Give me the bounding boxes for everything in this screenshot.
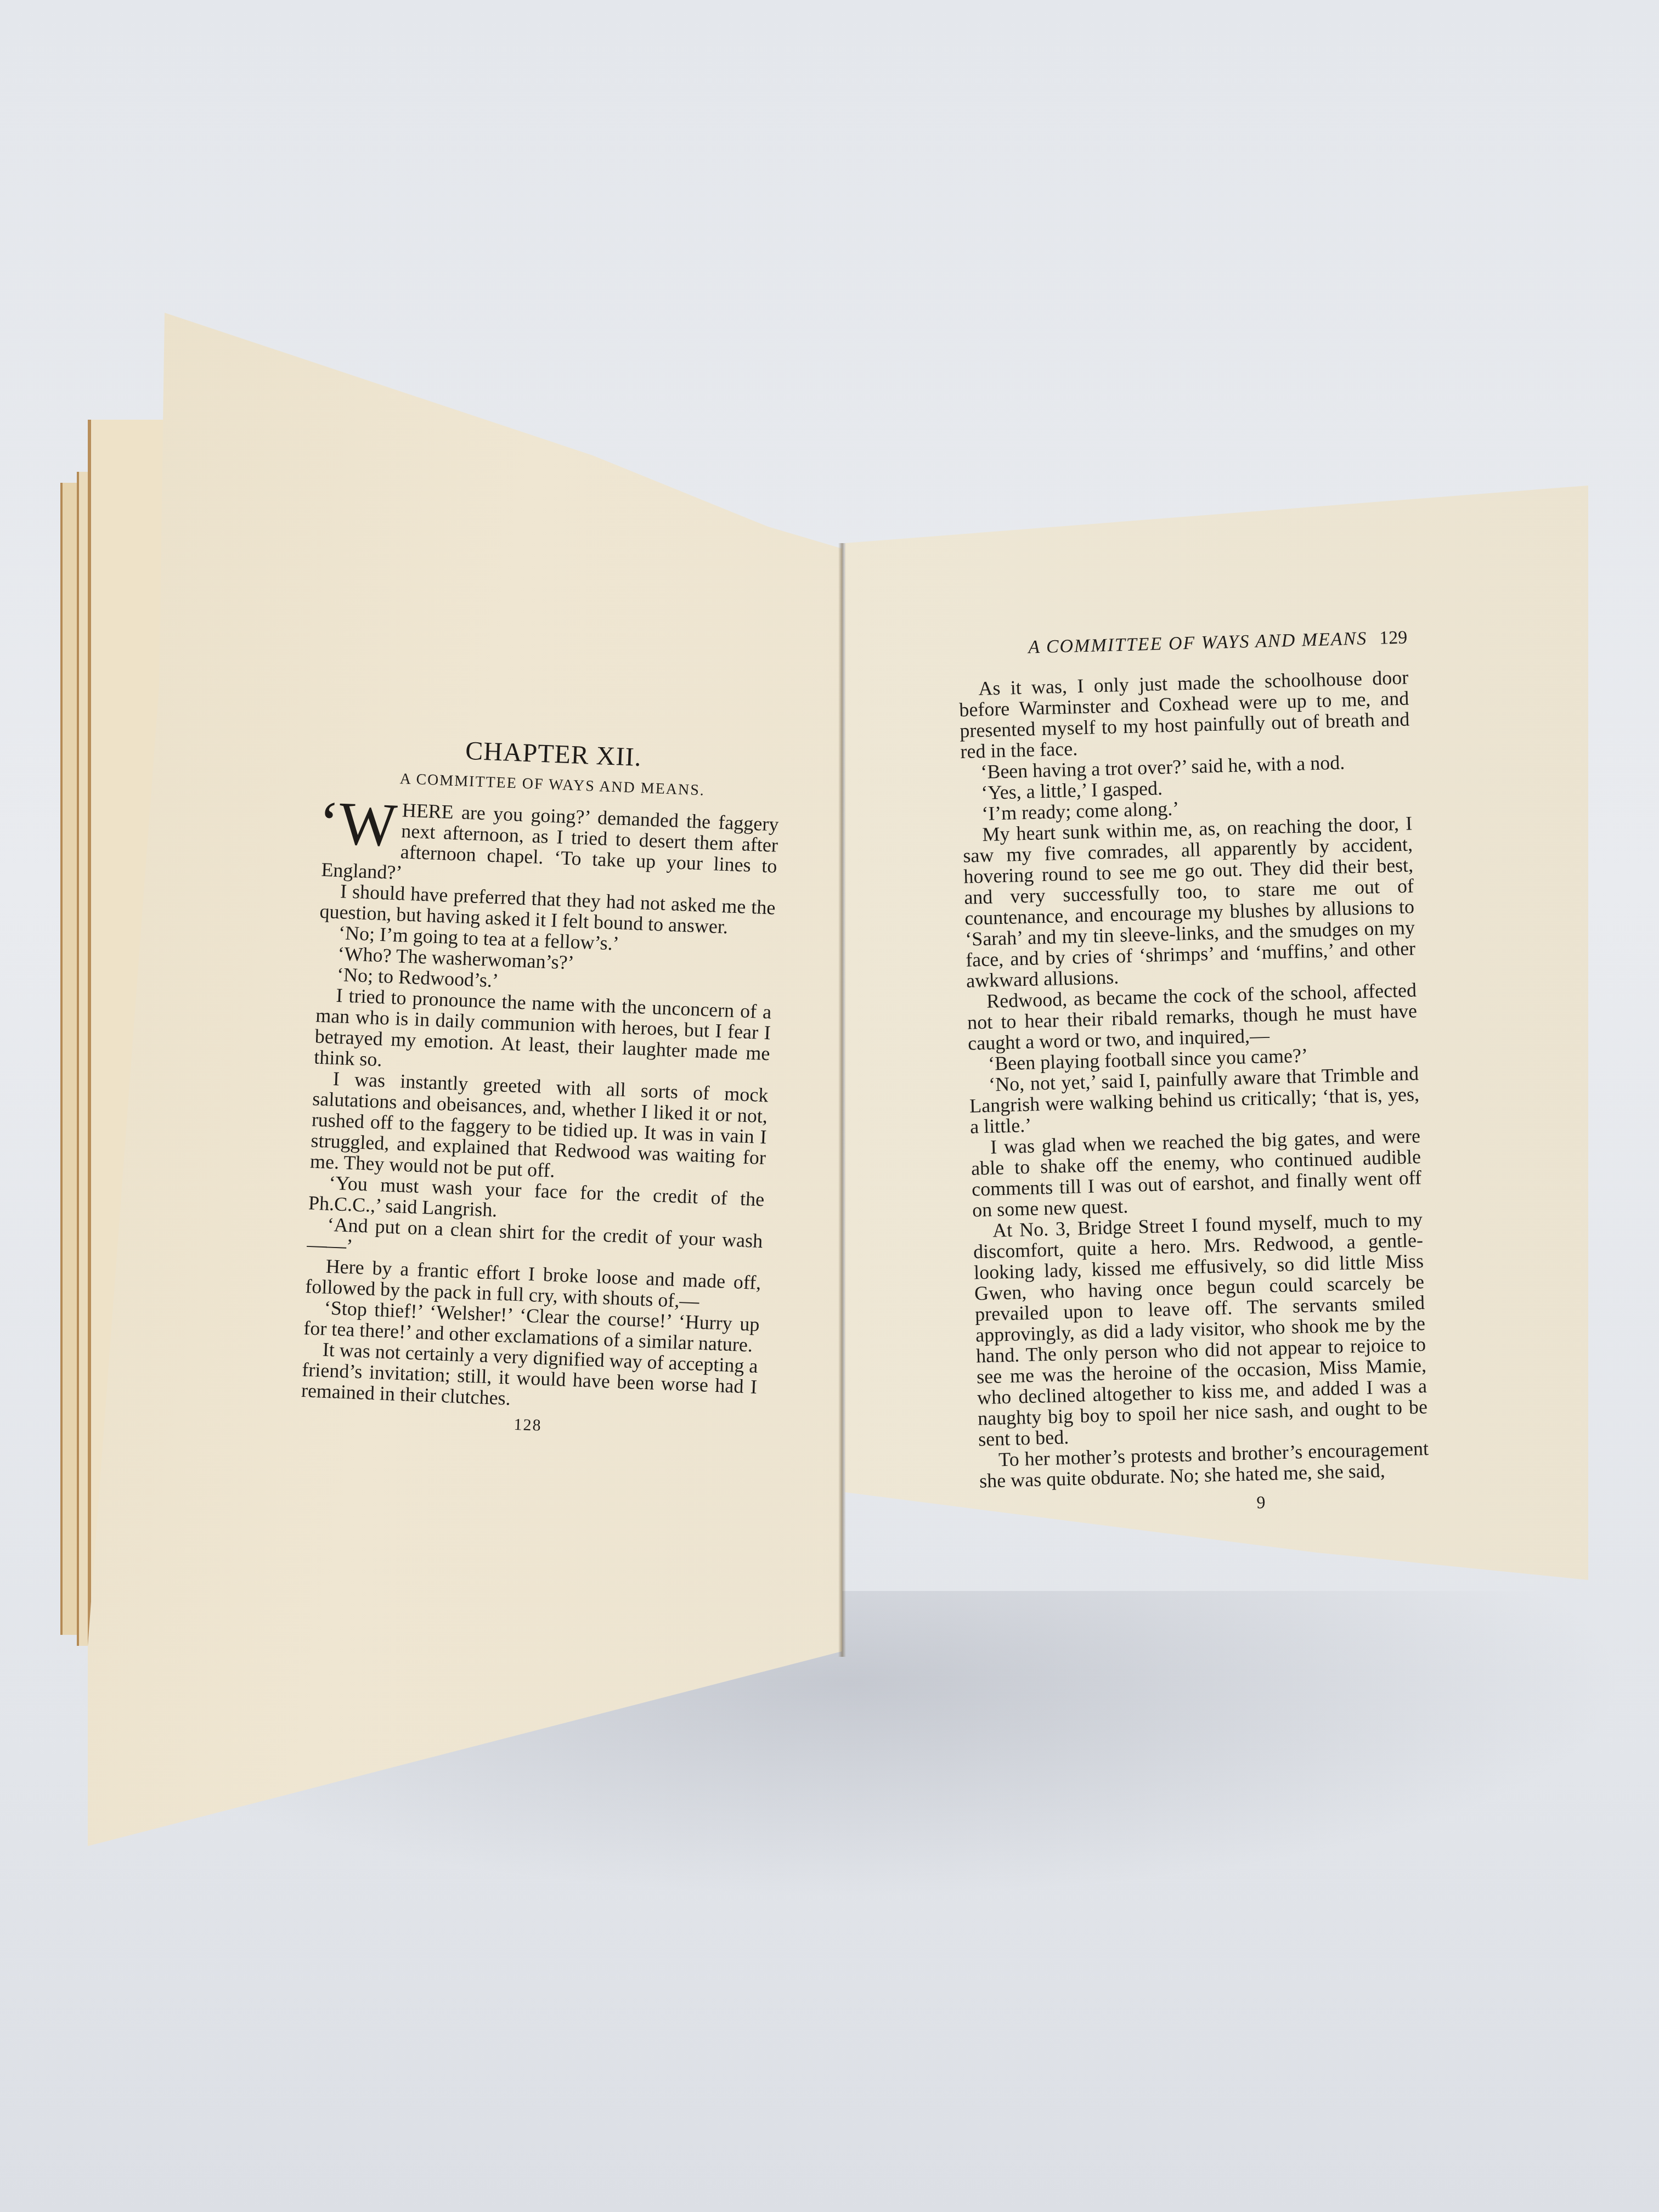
paragraph: I was instantly greeted with all sorts o… xyxy=(309,1068,769,1189)
paragraph: Redwood, as became the cock of the schoo… xyxy=(967,979,1418,1053)
paragraph: I was glad when we reached the big gates… xyxy=(970,1125,1423,1220)
right-page-text: A COMMITTEE OF WAYS AND MEANS 129 As it … xyxy=(957,628,1430,1520)
paragraph: At No. 3, Bridge Street I found myself, … xyxy=(973,1209,1429,1449)
drop-cap: ‘W xyxy=(318,798,398,850)
book-gutter xyxy=(838,543,846,1657)
paragraph: ‘No, not yet,’ said I, painfully aware t… xyxy=(969,1063,1420,1137)
page-number: 129 xyxy=(1379,628,1408,649)
left-page-text: CHAPTER XII. A COMMITTEE OF WAYS AND MEA… xyxy=(300,735,782,1444)
paragraph: As it was, I only just made the schoolho… xyxy=(958,667,1410,762)
paragraph: My heart sunk within me, as, on reaching… xyxy=(962,812,1417,991)
